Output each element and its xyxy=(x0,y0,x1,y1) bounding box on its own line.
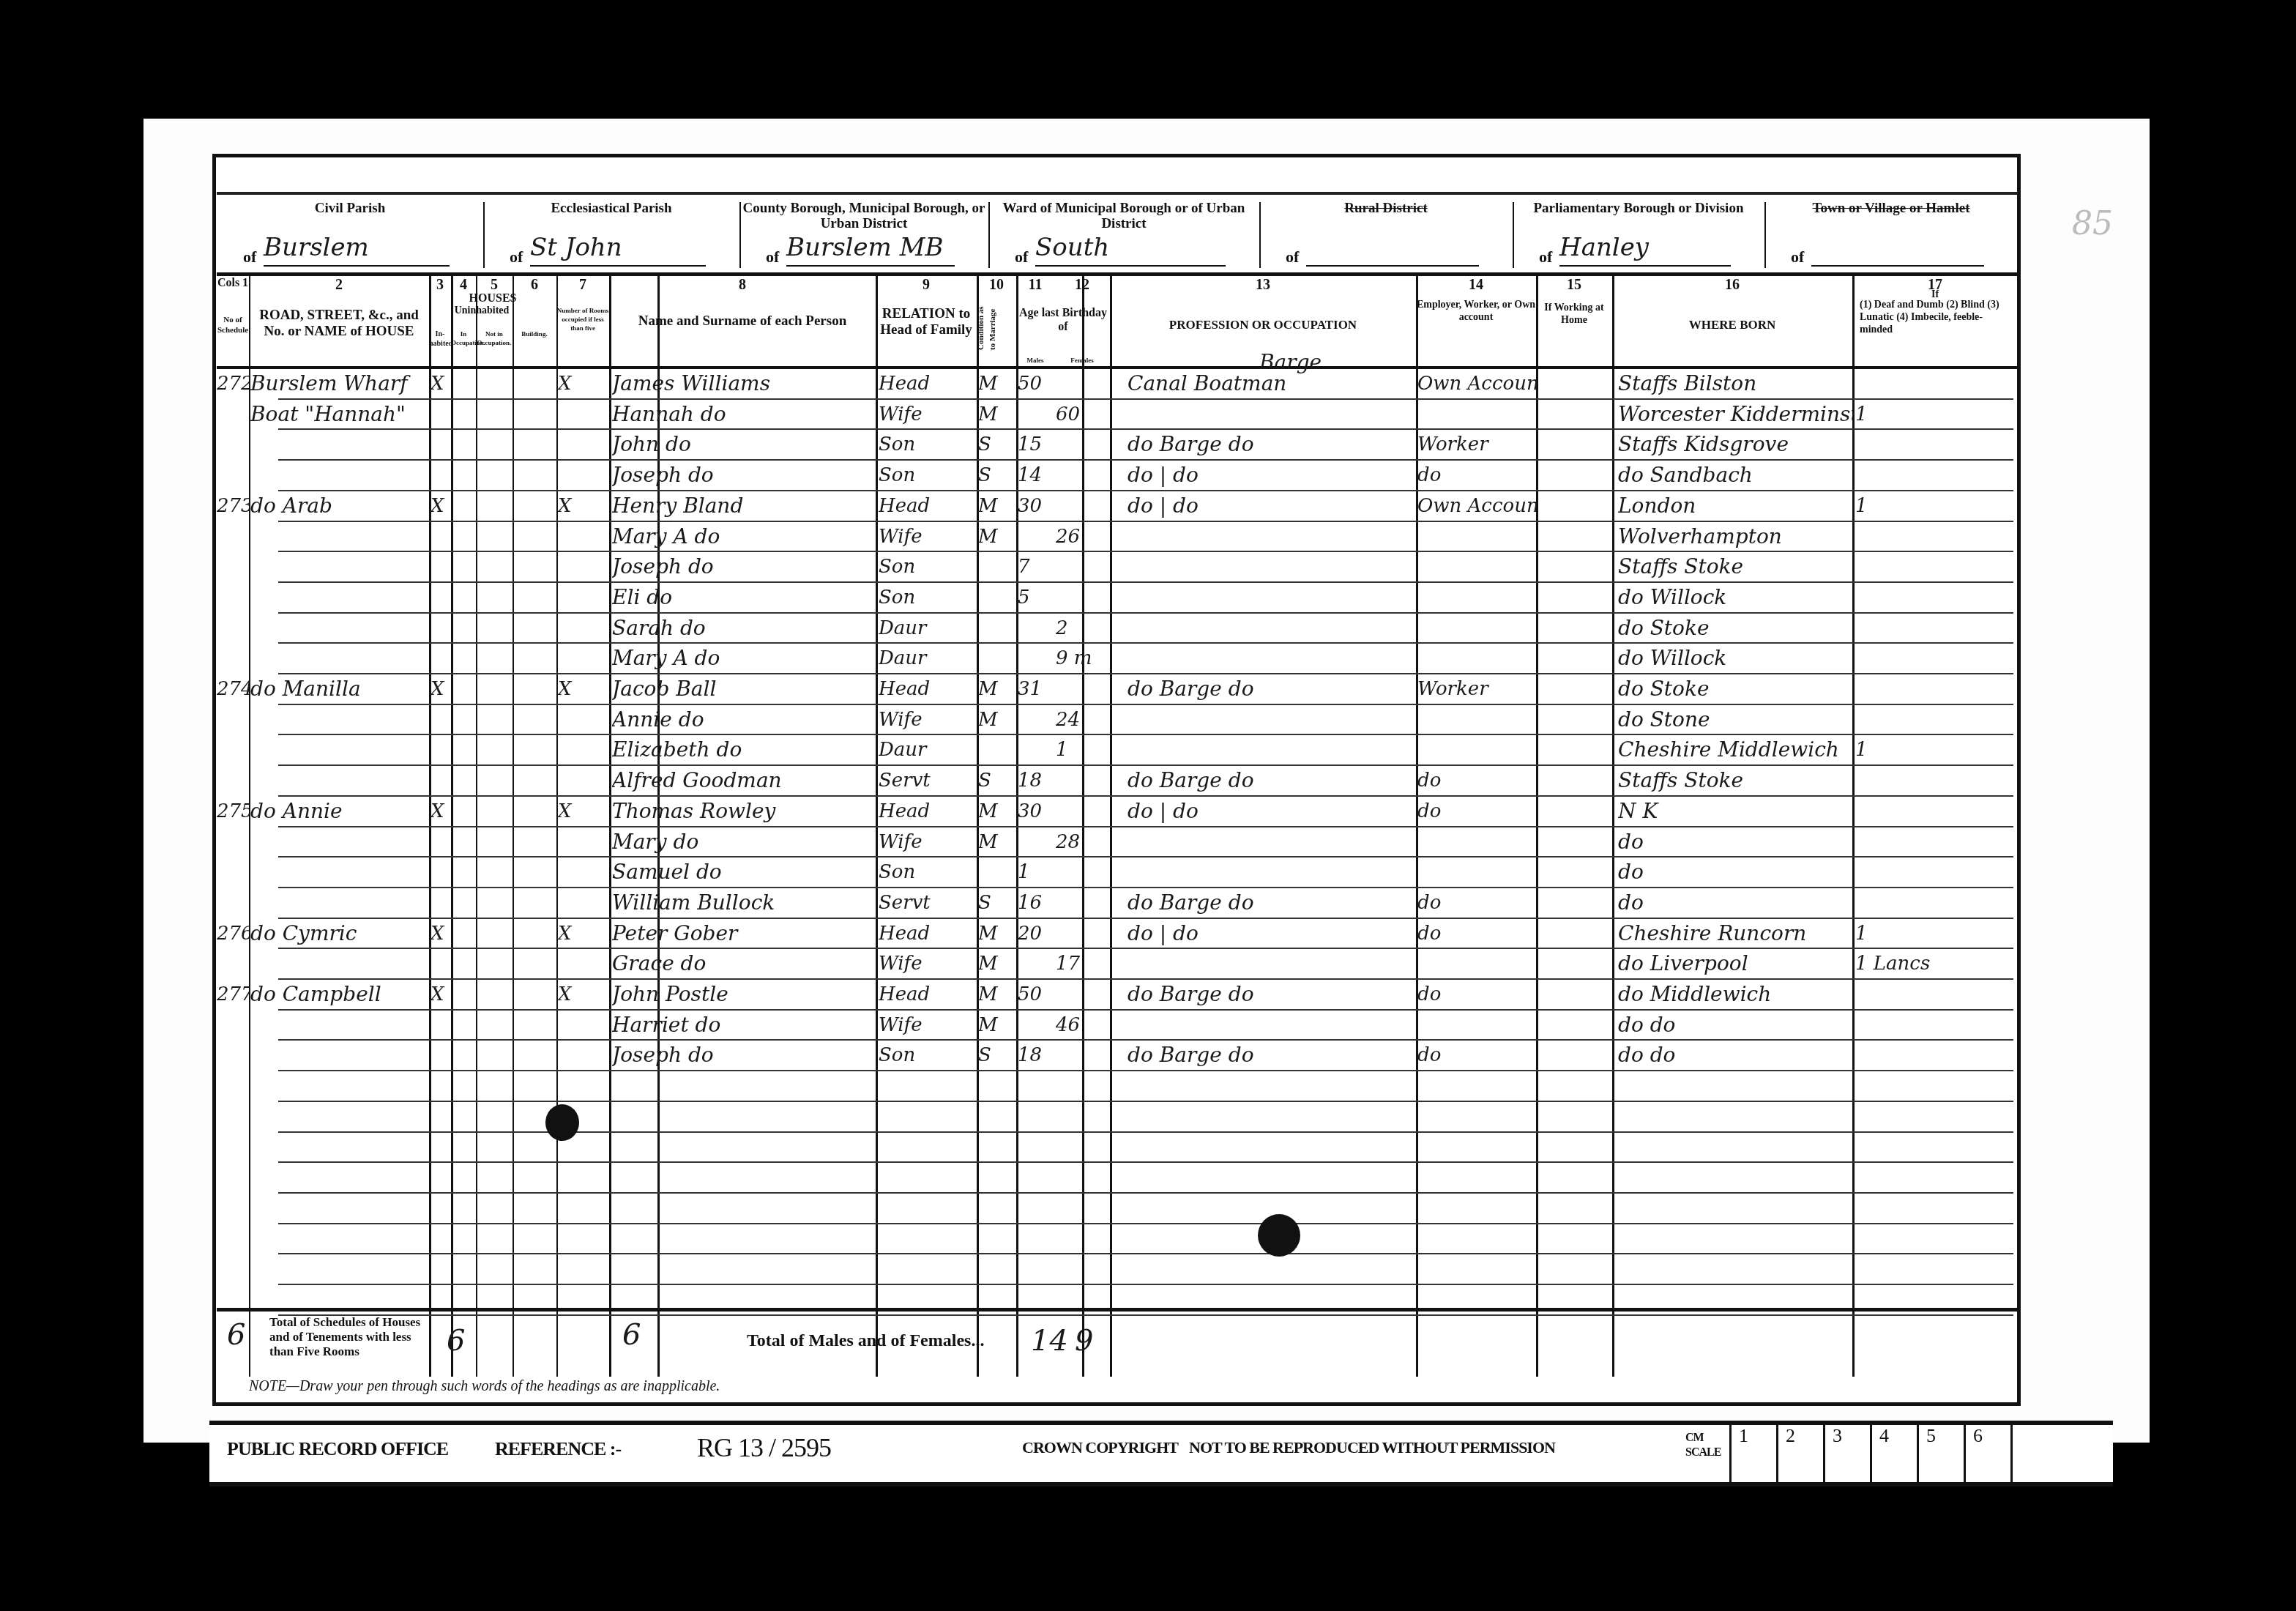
employment-status: Worker xyxy=(1417,674,1536,704)
birthplace: do Stoke xyxy=(1618,614,1852,643)
rooms-mark: X xyxy=(558,919,609,948)
of-prefix: of xyxy=(1015,248,1028,267)
column-line xyxy=(512,272,514,1377)
inhabited-header: In-habited xyxy=(429,330,451,349)
person-name: Elizabeth do xyxy=(612,735,876,764)
condition: M xyxy=(978,1011,1016,1040)
division-value xyxy=(1811,233,1984,267)
road-header: ROAD, STREET, &c., and No. or NAME of HO… xyxy=(249,308,429,340)
schedule-number: 272 xyxy=(217,369,249,398)
person-name: John do xyxy=(612,430,876,459)
occupation: do | do xyxy=(1127,919,1416,948)
building-header: Building. xyxy=(512,330,556,338)
person-name: Jacob Ball xyxy=(612,674,876,704)
employment-status: do xyxy=(1417,919,1536,948)
schedules-total: 6 xyxy=(227,1318,245,1352)
rooms-total: 6 xyxy=(622,1318,641,1352)
infirmity: 1 xyxy=(1855,491,2018,521)
birthplace: Wolverhampton xyxy=(1618,522,1852,551)
header-top-line xyxy=(217,272,2018,276)
inhabited-mark: X xyxy=(430,491,451,521)
person-name: Joseph do xyxy=(612,1041,876,1070)
person-name: James Williams xyxy=(612,369,876,398)
occupation: Canal Boatman xyxy=(1127,369,1416,398)
person-name: Mary A do xyxy=(612,644,876,673)
relation: Servt xyxy=(879,766,977,795)
column-number: 8 xyxy=(609,277,876,294)
age-male: 31 xyxy=(1018,674,1054,704)
condition: S xyxy=(978,461,1016,490)
birthplace: London xyxy=(1618,491,1852,521)
infirmity: 1 xyxy=(1855,400,2018,429)
occupation: do | do xyxy=(1127,797,1416,826)
scale-mark-end xyxy=(2010,1425,2057,1482)
permission-label: NOT TO BE REPRODUCED WITHOUT PERMISSION xyxy=(1189,1438,1555,1457)
relation: Wife xyxy=(879,522,977,551)
infirmity: 1 xyxy=(1855,735,2018,764)
relation: Son xyxy=(879,461,977,490)
condition: M xyxy=(978,522,1016,551)
column-line xyxy=(451,272,453,1377)
rooms-mark: X xyxy=(558,369,609,398)
age-male: 20 xyxy=(1018,919,1054,948)
age-male: 5 xyxy=(1018,583,1054,612)
division-value xyxy=(1306,233,1479,267)
birthplace: N K xyxy=(1618,797,1852,826)
relation: Son xyxy=(879,552,977,581)
condition: M xyxy=(978,797,1016,826)
birthplace: do Sandbach xyxy=(1618,461,1852,490)
houses-header: HOUSES xyxy=(429,291,556,305)
birthplace: Staffs Stoke xyxy=(1618,766,1852,795)
birthplace: do xyxy=(1618,857,1852,887)
age-female: 9 m xyxy=(1056,644,1110,673)
age-male: 30 xyxy=(1018,491,1054,521)
males-header: Males xyxy=(1016,356,1054,365)
column-line xyxy=(1110,272,1112,1377)
column-number: 15 xyxy=(1536,277,1612,294)
person-name: William Bullock xyxy=(612,888,876,918)
column-number: 11 xyxy=(1016,277,1054,294)
age-male: 16 xyxy=(1018,888,1054,918)
ink-blot xyxy=(545,1104,579,1141)
column-number: 2 xyxy=(249,277,429,294)
of-prefix: of xyxy=(1539,248,1552,267)
division-label: Ward of Municipal Borough or of Urban Di… xyxy=(988,201,1259,231)
rooms-mark: X xyxy=(558,491,609,521)
occupation: do | do xyxy=(1127,491,1416,521)
schedule-number: 276 xyxy=(217,919,249,948)
relation: Son xyxy=(879,857,977,887)
column-number: 10 xyxy=(977,277,1016,294)
relation: Head xyxy=(879,491,977,521)
person-name: Mary do xyxy=(612,827,876,857)
age-male: 1 xyxy=(1018,857,1054,887)
office-label: PUBLIC RECORD OFFICE xyxy=(227,1438,448,1460)
infirmity-header: (1) Deaf and Dumb (2) Blind (3) Lunatic … xyxy=(1860,299,2013,336)
division-value: South xyxy=(1035,233,1226,267)
relation: Son xyxy=(879,430,977,459)
relation: Head xyxy=(879,369,977,398)
person-name: Sarah do xyxy=(612,614,876,643)
infirmity: 1 Lancs xyxy=(1855,949,2018,978)
column-line xyxy=(1536,272,1538,1377)
archive-footer: PUBLIC RECORD OFFICE REFERENCE :- RG 13 … xyxy=(209,1421,2113,1487)
instruction-note: NOTE—Draw your pen through such words of… xyxy=(249,1378,720,1395)
folio-number: 85 xyxy=(2072,205,2113,242)
relation: Head xyxy=(879,919,977,948)
relation: Head xyxy=(879,980,977,1009)
occupation: do Barge do xyxy=(1127,980,1416,1009)
working-at-home-header: If Working at Home xyxy=(1536,302,1612,327)
occupation: do Barge do xyxy=(1127,430,1416,459)
division-value: Hanley xyxy=(1559,233,1731,267)
condition: S xyxy=(978,766,1016,795)
column-number: 7 xyxy=(556,277,609,294)
age-female: 17 xyxy=(1056,949,1110,978)
ink-blot xyxy=(1258,1214,1300,1257)
age-female: 24 xyxy=(1056,705,1110,734)
person-name: Henry Bland xyxy=(612,491,876,521)
row-rule xyxy=(278,1131,2013,1133)
column-line xyxy=(1082,272,1084,1377)
infirmity: 1 xyxy=(1855,919,2018,948)
division-label: Civil Parish xyxy=(217,201,483,216)
column-number: 13 xyxy=(1110,277,1416,294)
birthplace: do xyxy=(1618,888,1852,918)
address: do Annie xyxy=(250,797,429,826)
row-rule xyxy=(278,1284,2013,1285)
age-male: 15 xyxy=(1018,430,1054,459)
condition: M xyxy=(978,674,1016,704)
of-prefix: of xyxy=(1791,248,1804,267)
person-name: Samuel do xyxy=(612,857,876,887)
of-prefix: of xyxy=(510,248,523,267)
scale-label: CM SCALE xyxy=(1685,1431,1715,1460)
age-female: 60 xyxy=(1056,400,1110,429)
relation-header: RELATION to Head of Family xyxy=(876,306,977,338)
not-in-occupation-header: Not in Occupation. xyxy=(476,330,512,347)
age-male: 30 xyxy=(1018,797,1054,826)
employment-status: do xyxy=(1417,888,1536,918)
relation: Daur xyxy=(879,644,977,673)
employment-status: Own Account xyxy=(1417,491,1536,521)
column-line xyxy=(476,272,477,1377)
address: Boat "Hannah" xyxy=(250,400,429,429)
schedule-header: No of Schedule xyxy=(217,315,249,335)
schedule-number: 275 xyxy=(217,797,249,826)
occupation-header: PROFESSION OR OCCUPATION xyxy=(1110,318,1416,332)
birthplace: do Willock xyxy=(1618,644,1852,673)
column-number: 9 xyxy=(876,277,977,294)
person-name: Annie do xyxy=(612,705,876,734)
column-number: 14 xyxy=(1416,277,1536,294)
occupation: do Barge do xyxy=(1127,888,1416,918)
condition: M xyxy=(978,919,1016,948)
age-male: 7 xyxy=(1018,552,1054,581)
scale-mark: 1 xyxy=(1729,1425,1776,1482)
address: do Manilla xyxy=(250,674,429,704)
condition: M xyxy=(978,827,1016,857)
employment-status: do xyxy=(1417,1041,1536,1070)
row-rule xyxy=(278,1070,2013,1071)
division-label: Rural District xyxy=(1259,201,1513,216)
birthplace: do Stone xyxy=(1618,705,1852,734)
totals-line xyxy=(217,1308,2018,1312)
employment-status: Own Account xyxy=(1417,369,1536,398)
employment-status: do xyxy=(1417,461,1536,490)
reference-value: RG 13 / 2595 xyxy=(697,1432,831,1463)
relation: Daur xyxy=(879,735,977,764)
employment-status: do xyxy=(1417,980,1536,1009)
row-rule xyxy=(278,1223,2013,1224)
relation: Head xyxy=(879,797,977,826)
relation: Head xyxy=(879,674,977,704)
birthplace: Staffs Bilston xyxy=(1618,369,1852,398)
of-prefix: of xyxy=(766,248,779,267)
birthplace: do Willock xyxy=(1618,583,1852,612)
birthplace: do Stoke xyxy=(1618,674,1852,704)
occupation: do Barge do xyxy=(1127,766,1416,795)
birthplace: Cheshire Runcorn xyxy=(1618,919,1852,948)
age-male: 50 xyxy=(1018,980,1054,1009)
person-name: Joseph do xyxy=(612,461,876,490)
column-line xyxy=(609,272,611,1377)
schedule-number: 273 xyxy=(217,491,249,521)
condition: S xyxy=(978,1041,1016,1070)
rooms-mark: X xyxy=(558,797,609,826)
rooms-mark: X xyxy=(558,674,609,704)
age-male: 18 xyxy=(1018,766,1054,795)
column-line xyxy=(1612,272,1614,1377)
divider-line xyxy=(217,192,2018,195)
column-number: Cols 1 xyxy=(217,277,249,290)
age-female: 46 xyxy=(1056,1011,1110,1040)
where-born-header: WHERE BORN xyxy=(1612,318,1852,332)
person-name: Eli do xyxy=(612,583,876,612)
row-rule xyxy=(278,1192,2013,1194)
age-male: 50 xyxy=(1018,369,1054,398)
age-male: 18 xyxy=(1018,1041,1054,1070)
scale-mark: 5 xyxy=(1917,1425,1964,1482)
relation: Wife xyxy=(879,827,977,857)
address: do Campbell xyxy=(250,980,429,1009)
schedule-number: 274 xyxy=(217,674,249,704)
females-total: 9 xyxy=(1075,1324,1093,1358)
scale-mark: 2 xyxy=(1776,1425,1823,1482)
division-label: County Borough, Municipal Borough, or Ur… xyxy=(739,201,988,231)
person-name: John Postle xyxy=(612,980,876,1009)
row-rule xyxy=(278,1101,2013,1102)
person-name: Thomas Rowley xyxy=(612,797,876,826)
relation: Son xyxy=(879,583,977,612)
rooms-header: Number of Rooms occupied if less than fi… xyxy=(556,306,609,332)
address: Burslem Wharf xyxy=(250,369,429,398)
relation: Wife xyxy=(879,949,977,978)
relation: Servt xyxy=(879,888,977,918)
birthplace: do xyxy=(1618,827,1852,857)
age-female: 2 xyxy=(1056,614,1110,643)
inhabited-mark: X xyxy=(430,369,451,398)
schedule-number: 277 xyxy=(217,980,249,1009)
division-value: Burslem MB xyxy=(786,233,955,267)
birthplace: Staffs Kidsgrove xyxy=(1618,430,1852,459)
employment-status: Worker xyxy=(1417,430,1536,459)
birthplace: Cheshire Middlewich xyxy=(1618,735,1852,764)
birthplace: do do xyxy=(1618,1041,1852,1070)
row-rule xyxy=(278,1253,2013,1254)
person-name: Hannah do xyxy=(612,400,876,429)
birthplace: Worcester Kidderminster xyxy=(1618,400,1852,429)
inhabited-mark: X xyxy=(430,980,451,1009)
division-label: Parliamentary Borough or Division xyxy=(1513,201,1764,216)
age-male: 14 xyxy=(1018,461,1054,490)
column-line xyxy=(876,272,878,1377)
relation: Daur xyxy=(879,614,977,643)
division-label: Town or Village or Hamlet xyxy=(1764,201,2018,216)
occupation: do | do xyxy=(1127,461,1416,490)
condition: M xyxy=(978,369,1016,398)
condition: M xyxy=(978,980,1016,1009)
birthplace: do Middlewich xyxy=(1618,980,1852,1009)
uninhabited-header: Uninhabited xyxy=(451,305,512,317)
inhabited-mark: X xyxy=(430,674,451,704)
rooms-mark: X xyxy=(558,980,609,1009)
in-occupation-header: In Occupation. xyxy=(451,330,476,347)
inhabited-total: 6 xyxy=(447,1324,465,1358)
birthplace: do do xyxy=(1618,1011,1852,1040)
division-value: Burslem xyxy=(264,233,450,267)
schedules-total-label: Total of Schedules of Houses and of Tene… xyxy=(269,1315,432,1359)
person-name: Joseph do xyxy=(612,552,876,581)
scale-mark: 3 xyxy=(1823,1425,1870,1482)
address: do Arab xyxy=(250,491,429,521)
relation: Wife xyxy=(879,400,977,429)
copyright-label: CROWN COPYRIGHT xyxy=(1022,1438,1178,1457)
age-female: 1 xyxy=(1056,735,1110,764)
age-female: 28 xyxy=(1056,827,1110,857)
reference-label: REFERENCE :- xyxy=(495,1438,621,1460)
division-value: St John xyxy=(530,233,706,267)
inhabited-mark: X xyxy=(430,797,451,826)
person-name: Grace do xyxy=(612,949,876,978)
condition: M xyxy=(978,949,1016,978)
person-name: Peter Gober xyxy=(612,919,876,948)
age-female: 26 xyxy=(1056,522,1110,551)
birthplace: Staffs Stoke xyxy=(1618,552,1852,581)
condition: S xyxy=(978,430,1016,459)
of-prefix: of xyxy=(1286,248,1299,267)
condition: M xyxy=(978,491,1016,521)
employer-header: Employer, Worker, or Own account xyxy=(1416,299,1536,324)
condition: S xyxy=(978,888,1016,918)
person-name: Harriet do xyxy=(612,1011,876,1040)
age-header: Age last Birthday of xyxy=(1016,306,1110,334)
relation: Wife xyxy=(879,705,977,734)
condition: M xyxy=(978,705,1016,734)
row-rule xyxy=(278,1161,2013,1163)
row-rule xyxy=(278,1314,2013,1316)
person-name: Alfred Goodman xyxy=(612,766,876,795)
occupation: do Barge do xyxy=(1127,674,1416,704)
division-label: Ecclesiastical Parish xyxy=(483,201,739,216)
of-prefix: of xyxy=(243,248,256,267)
scale-mark: 4 xyxy=(1870,1425,1917,1482)
employment-status: do xyxy=(1417,766,1536,795)
column-line xyxy=(1852,272,1855,1377)
relation: Son xyxy=(879,1041,977,1070)
males-total: 14 xyxy=(1031,1324,1068,1358)
address: do Cymric xyxy=(250,919,429,948)
birthplace: do Liverpool xyxy=(1618,949,1852,978)
inhabited-mark: X xyxy=(430,919,451,948)
relation: Wife xyxy=(879,1011,977,1040)
occupation: do Barge do xyxy=(1127,1041,1416,1070)
column-number: 16 xyxy=(1612,277,1852,294)
males-females-total-label: Total of Males and of Females... xyxy=(747,1331,984,1351)
name-header: Name and Surname of each Person xyxy=(609,313,876,330)
scale-mark: 6 xyxy=(1964,1425,2010,1482)
person-name: Mary A do xyxy=(612,522,876,551)
condition: M xyxy=(978,400,1016,429)
employment-status: do xyxy=(1417,797,1536,826)
